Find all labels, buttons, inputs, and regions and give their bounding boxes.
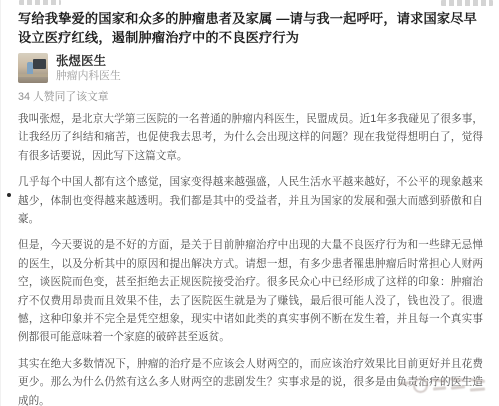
margin-bullet-dot — [7, 193, 11, 197]
author-meta: 张煜医生 肿瘤内科医生 — [56, 54, 121, 83]
cropped-text-top-left — [19, 0, 61, 5]
paragraph: 其实在绝大多数情况下，肿瘤的治疗是不应该会人财两空的，而应该治疗效果比目前更好并… — [18, 355, 483, 406]
article-body: 我叫张煜，是北京大学第三医院的一名普通的肿瘤内科医生，民盟成员。近1年多我碰见了… — [18, 110, 483, 406]
author-row[interactable]: 张煜医生 肿瘤内科医生 — [18, 53, 483, 83]
likes-count: 34 人赞同了该文章 — [18, 89, 483, 104]
author-subtitle: 肿瘤内科医生 — [56, 70, 121, 83]
avatar-photo-detail — [18, 74, 48, 77]
paragraph: 但是，今天要说的是不好的方面，是关于目前肿瘤治疗中出现的大量不良医疗行为和一些肆… — [18, 236, 483, 346]
author-avatar[interactable] — [18, 53, 48, 83]
article-title: 写给我挚爱的国家和众多的肿瘤患者及家属 —请与我一起呼吁，请求国家尽早设立医疗红… — [18, 9, 483, 47]
article-content: 写给我挚爱的国家和众多的肿瘤患者及家属 —请与我一起呼吁，请求国家尽早设立医疗红… — [1, 9, 499, 406]
avatar-photo-detail — [33, 59, 46, 69]
cropped-text-top-right — [441, 0, 493, 6]
article-page: 写给我挚爱的国家和众多的肿瘤患者及家属 —请与我一起呼吁，请求国家尽早设立医疗红… — [0, 0, 499, 406]
paragraph: 几乎每个中国人都有这个感觉，国家变得越来越强盛，人民生活水平越来越好，不公平的现… — [18, 173, 483, 228]
author-name[interactable]: 张煜医生 — [56, 54, 121, 68]
paragraph: 我叫张煜，是北京大学第三医院的一名普通的肿瘤内科医生，民盟成员。近1年多我碰见了… — [18, 110, 483, 165]
